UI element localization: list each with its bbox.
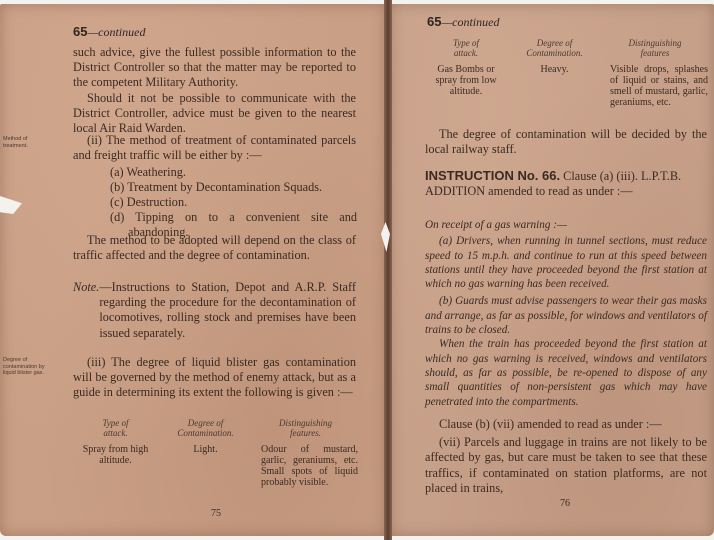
list-item: (b) Treatment by Decontamination Squads. [110,180,357,195]
list-item: (a) Weathering. [110,165,357,180]
paragraph: (b) Guards must advise passengers to wea… [425,294,707,337]
instruction-66: INSTRUCTION No. 66. Clause (a) (iii). L.… [425,168,707,199]
book-spine [384,0,392,540]
page-number: 76 [560,498,570,509]
table-cell: Spray from high altitude. [73,444,158,466]
section-number: 65 [427,14,441,29]
decision-paragraph: The degree of contamination will be deci… [425,127,707,157]
paragraph: The degree of contamination will be deci… [425,127,707,157]
table-header: Distinguishing features [602,38,708,58]
treatment-list: (a) Weathering. (b) Treatment by Deconta… [110,165,357,240]
paragraph: Clause (b) (vii) amended to read as unde… [425,417,707,432]
paragraph: Should it not be possible to communicate… [73,91,356,137]
margin-note: Degree of contamination by liquid bliste… [3,357,47,377]
section-header: 65—continued [73,24,145,40]
paragraph: When the train has proceeded beyond the … [425,337,707,408]
gas-warning-heading: On receipt of a gas warning :— [425,218,707,232]
table-cell: Gas Bombs or spray from low altitude. [425,64,507,97]
table-cell: Heavy. [507,64,602,75]
note-label: Note. [73,280,99,341]
paragraph: such advice, give the fullest possible i… [73,45,356,91]
paragraph: (ii) The method of treatment of contamin… [73,133,356,163]
table-cell: Light. [158,444,253,455]
list-item: (c) Destruction. [110,195,357,210]
contamination-table-right: Type of attack. Gas Bombs or spray from … [425,38,710,108]
paragraph: The method to be adopted will depend on … [73,233,356,263]
note-text: —Instructions to Station, Depot and A.R.… [99,280,356,341]
paragraph: (a) Drivers, when running in tunnel sect… [425,234,707,291]
section-number: 65 [73,24,87,39]
table-header: Distinguishing features. [253,418,358,438]
continued-label: —continued [87,25,145,39]
left-text-block-1: such advice, give the fullest possible i… [73,45,356,136]
note-block: Note. —Instructions to Station, Depot an… [73,280,356,341]
table-header: Degree of Contamination. [507,38,602,58]
paragraph: (vii) Parcels and luggage in trains are … [425,435,707,496]
continued-label: —continued [441,15,499,29]
method-paragraph: The method to be adopted will depend on … [73,233,356,263]
section-header: 65—continued [427,14,499,30]
table-header: Degree of Contamination. [158,418,253,438]
gas-warning-block: On receipt of a gas warning :— (a) Drive… [425,218,707,409]
table-header: Type of attack. [73,418,158,438]
table-cell: Visible drops, splashes of liquid or sta… [602,64,708,108]
paragraph: (iii) The degree of liquid blister gas c… [73,355,356,401]
table-cell: Odour of mustard, garlic, geraniums, etc… [253,444,358,488]
treatment-paragraph: (ii) The method of treatment of contamin… [73,133,356,163]
clause-b-block: Clause (b) (vii) amended to read as unde… [425,417,707,496]
margin-note: Method of treatment. [3,136,47,149]
page-number: 75 [211,508,221,519]
contamination-table-left: Type of attack. Spray from high altitude… [73,418,358,488]
instruction-label: INSTRUCTION No. 66. [425,168,560,183]
degree-paragraph: (iii) The degree of liquid blister gas c… [73,355,356,401]
table-header: Type of attack. [425,38,507,58]
